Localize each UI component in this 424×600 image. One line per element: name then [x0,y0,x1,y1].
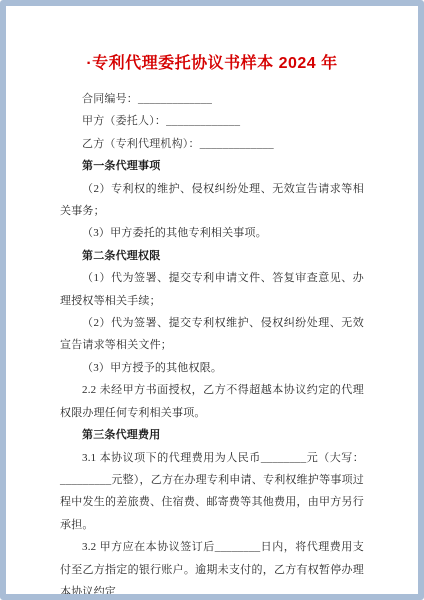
section-3-heading: 第三条代理费用 [60,424,364,446]
page-border-frame: ·专利代理委托协议书样本 2024 年 合同编号：_____________ 甲… [0,0,424,600]
section-3-clause-3-2: 3.2 甲方应在本协议签订后________日内，将代理费用支付至乙方指定的银行… [60,536,364,600]
section-2-clause-3: （3）甲方授予的其他权限。 [60,357,364,379]
section-1-heading: 第一条代理事项 [60,155,364,177]
contract-number-field: 合同编号：_____________ [60,88,364,110]
document-body: 合同编号：_____________ 甲方（委托人）：_____________… [60,88,364,600]
section-1-clause-3: （3）甲方委托的其他专利相关事项。 [60,222,364,244]
document-page: ·专利代理委托协议书样本 2024 年 合同编号：_____________ 甲… [6,6,418,594]
section-2-heading: 第二条代理权限 [60,245,364,267]
section-2-clause-2: （2）代为签署、提交专利权维护、侵权纠纷处理、无效宣告请求等相关文件； [60,312,364,357]
party-a-field: 甲方（委托人）：_____________ [60,110,364,132]
section-2-clause-2-2: 2.2 未经甲方书面授权，乙方不得超越本协议约定的代理权限办理任何专利相关事项。 [60,379,364,424]
document-title: ·专利代理委托协议书样本 2024 年 [60,52,364,76]
section-3-clause-3-1: 3.1 本协议项下的代理费用为人民币________元（大写：_________… [60,447,364,537]
section-1-clause-2: （2）专利权的维护、侵权纠纷处理、无效宣告请求等相关事务； [60,178,364,223]
party-b-field: 乙方（专利代理机构）：_____________ [60,133,364,155]
section-2-clause-1: （1）代为签署、提交专利申请文件、答复审查意见、办理授权等相关手续； [60,267,364,312]
